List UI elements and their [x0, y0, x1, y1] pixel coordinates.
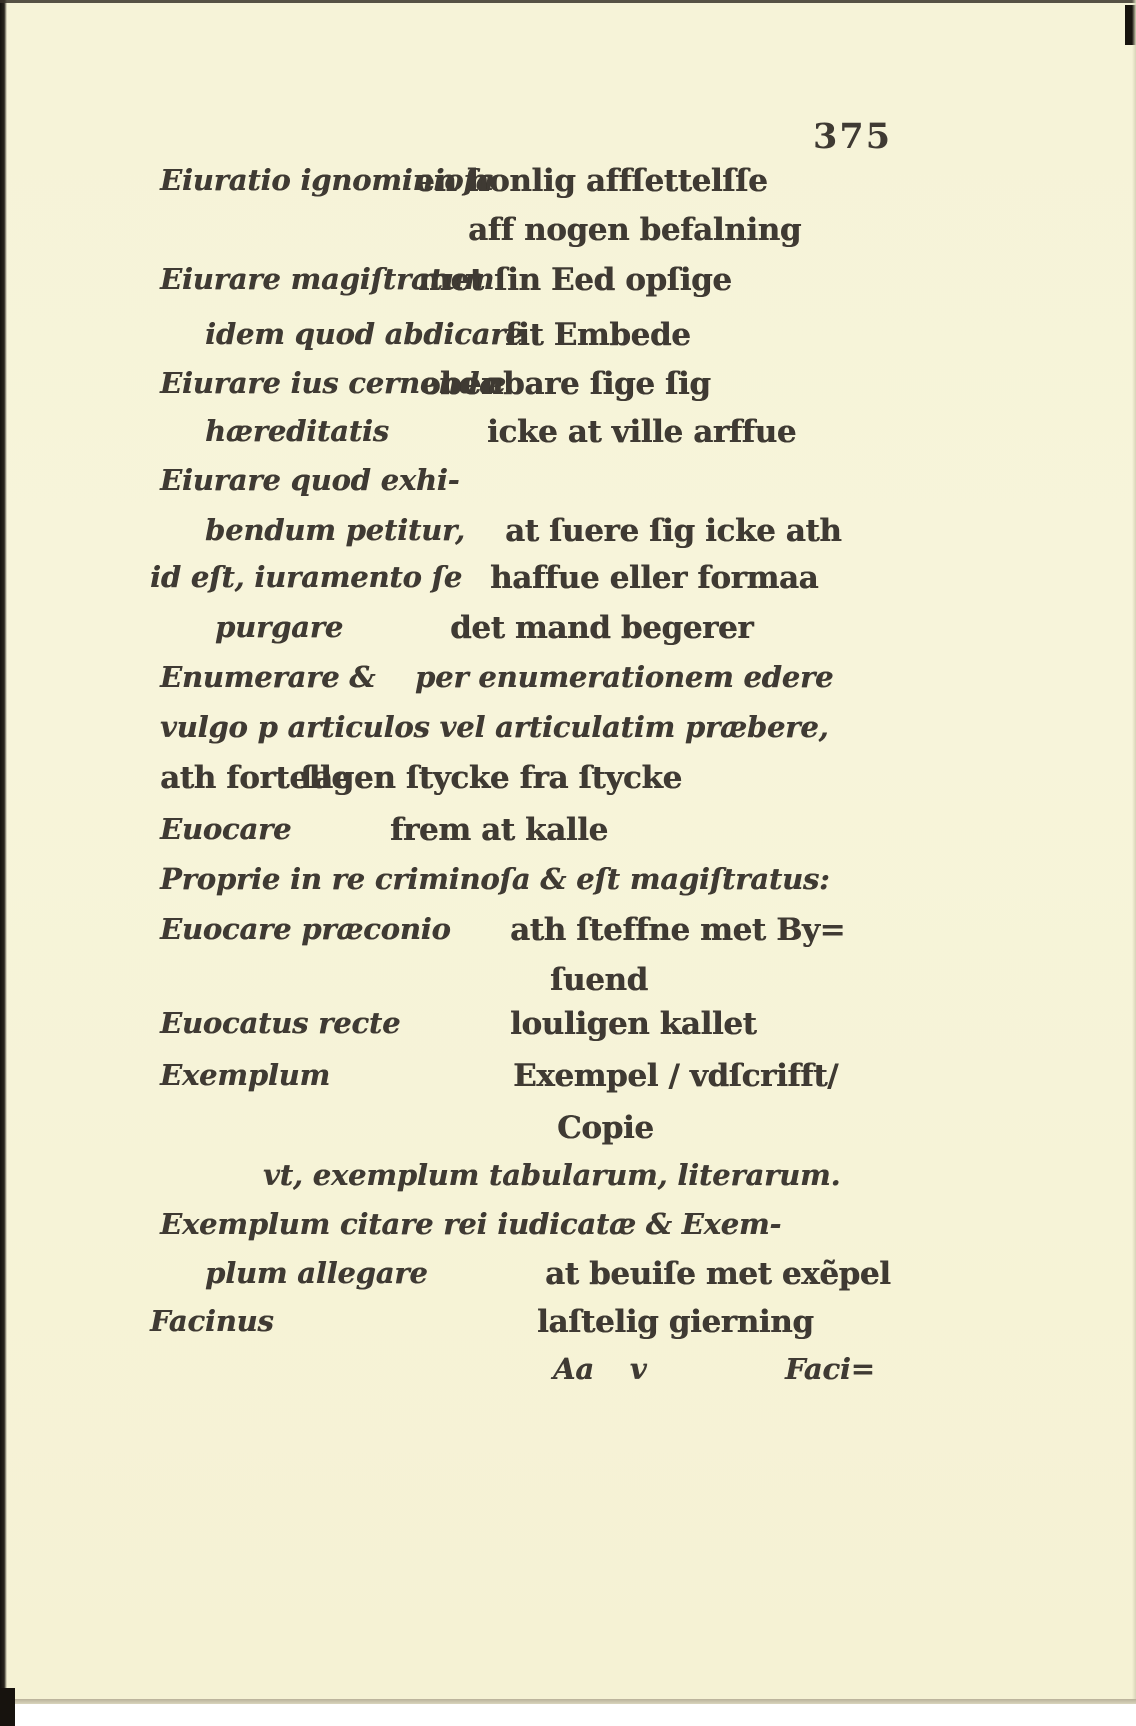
dictionary-line: Exemplum citare rei iudicatæ & Exem- [0, 1207, 1136, 1253]
danish-translation: ſagen ſtycke fra ſtycke [300, 760, 682, 796]
danish-translation: met ſin Eed opſige [418, 262, 732, 298]
latin-term: Euocatus recte [160, 1006, 400, 1040]
dictionary-line: purgare det mand begerer [0, 610, 1136, 656]
paper-bottom-edge [6, 1699, 1136, 1704]
latin-term: Enumerare & [160, 660, 375, 694]
latin-term: Euocare præconio [160, 912, 451, 946]
latin-term: purgare [215, 610, 343, 644]
dictionary-line: Eiurare magiſtratum met ſin Eed opſige [0, 262, 1136, 308]
dictionary-line: vt, exemplum tabularum, literarum. [0, 1158, 1136, 1204]
danish-translation: en honlig affſettelſſe [415, 163, 767, 199]
book-page-scan: 375 Eiuratio ignominioſa en honlig affſe… [0, 0, 1136, 1726]
danish-translation: icke at ville arffue [487, 414, 796, 450]
latin-term: plum allegare [205, 1256, 428, 1290]
danish-translation: det mand begerer [450, 610, 753, 646]
signature-mark: Aa v [553, 1352, 646, 1386]
dictionary-line: Exemplum Exempel / vdſcrifft/ [0, 1058, 1136, 1104]
latin-term: Exemplum [160, 1058, 330, 1092]
latin-term: Euocare [160, 812, 291, 846]
dictionary-line: Euocare præconio ath ſteffne met By= [0, 912, 1136, 958]
page-number: 375 [813, 118, 892, 157]
danish-translation: frem at kalle [390, 812, 608, 848]
latin-term: idem quod abdicare [205, 317, 524, 351]
dictionary-line: hæreditatis icke at ville arffue [0, 414, 1136, 460]
dictionary-line: vulgo p articulos vel articulatim præber… [0, 710, 1136, 756]
dictionary-line: Euocatus recte louligen kallet [0, 1006, 1136, 1052]
dictionary-line: Eiurare ius cernendæ obenbare ſige ſig [0, 366, 1136, 412]
danish-translation: ſit Embede [505, 317, 690, 353]
dictionary-line: ath fortelle ſagen ſtycke fra ſtycke [0, 760, 1136, 806]
dictionary-line: Eiurare quod exhi- [0, 463, 1136, 509]
danish-translation: louligen kallet [510, 1006, 756, 1042]
danish-translation: Exempel / vdſcrifft/ [513, 1058, 838, 1094]
latin-continuation: vulgo p articulos vel articulatim præber… [160, 710, 828, 744]
danish-translation: ath ſteffne met By= [510, 912, 845, 948]
danish-translation: haffue eller formaa [490, 560, 818, 596]
danish-translation: ſuend [550, 962, 648, 998]
danish-translation: aff nogen befalning [468, 212, 801, 248]
latin-term: Exemplum citare rei iudicatæ & Exem- [160, 1207, 781, 1241]
danish-translation: Copie [557, 1110, 654, 1146]
scan-mark-bottom-left [0, 1688, 15, 1726]
danish-translation: laſtelig gierning [537, 1304, 814, 1340]
dictionary-line: idem quod abdicare ſit Embede [0, 317, 1136, 363]
dictionary-line: bendum petitur, at ſuere ſig icke ath [0, 513, 1136, 559]
dictionary-line: plum allegare at beuiſe met exẽpel [0, 1256, 1136, 1302]
latin-continuation: vt, exemplum tabularum, literarum. [263, 1158, 840, 1192]
latin-term: Facinus [150, 1304, 274, 1338]
latin-term: hæreditatis [205, 414, 389, 448]
dictionary-line: id eſt, iuramento ſe haffue eller formaa [0, 560, 1136, 606]
scan-edge-top [0, 0, 1136, 3]
dictionary-line: ſuend [0, 962, 1136, 1008]
dictionary-line: aff nogen befalning [0, 212, 1136, 258]
catchword: Faci= [785, 1352, 875, 1386]
danish-translation: at ſuere ſig icke ath [505, 513, 841, 549]
dictionary-line: Enumerare & per enumerationem edere [0, 660, 1136, 706]
latin-term: Eiurare quod exhi- [160, 463, 459, 497]
latin-term: id eſt, iuramento ſe [150, 560, 462, 594]
latin-continuation: per enumerationem edere [415, 660, 833, 694]
dictionary-line: Eiuratio ignominioſa en honlig affſettel… [0, 163, 1136, 209]
danish-translation: obenbare ſige ſig [420, 366, 711, 402]
latin-term: bendum petitur, [205, 513, 465, 547]
signature-line: Aa v Faci= [0, 1352, 1136, 1398]
dictionary-line: Copie [0, 1110, 1136, 1156]
danish-translation: at beuiſe met exẽpel [545, 1256, 891, 1292]
latin-continuation: Proprie in re criminoſa & eſt magiſtratu… [160, 862, 830, 896]
dictionary-line: Proprie in re criminoſa & eſt magiſtratu… [0, 862, 1136, 908]
dictionary-line: Euocare frem at kalle [0, 812, 1136, 858]
dictionary-line: Facinus laſtelig gierning [0, 1304, 1136, 1350]
